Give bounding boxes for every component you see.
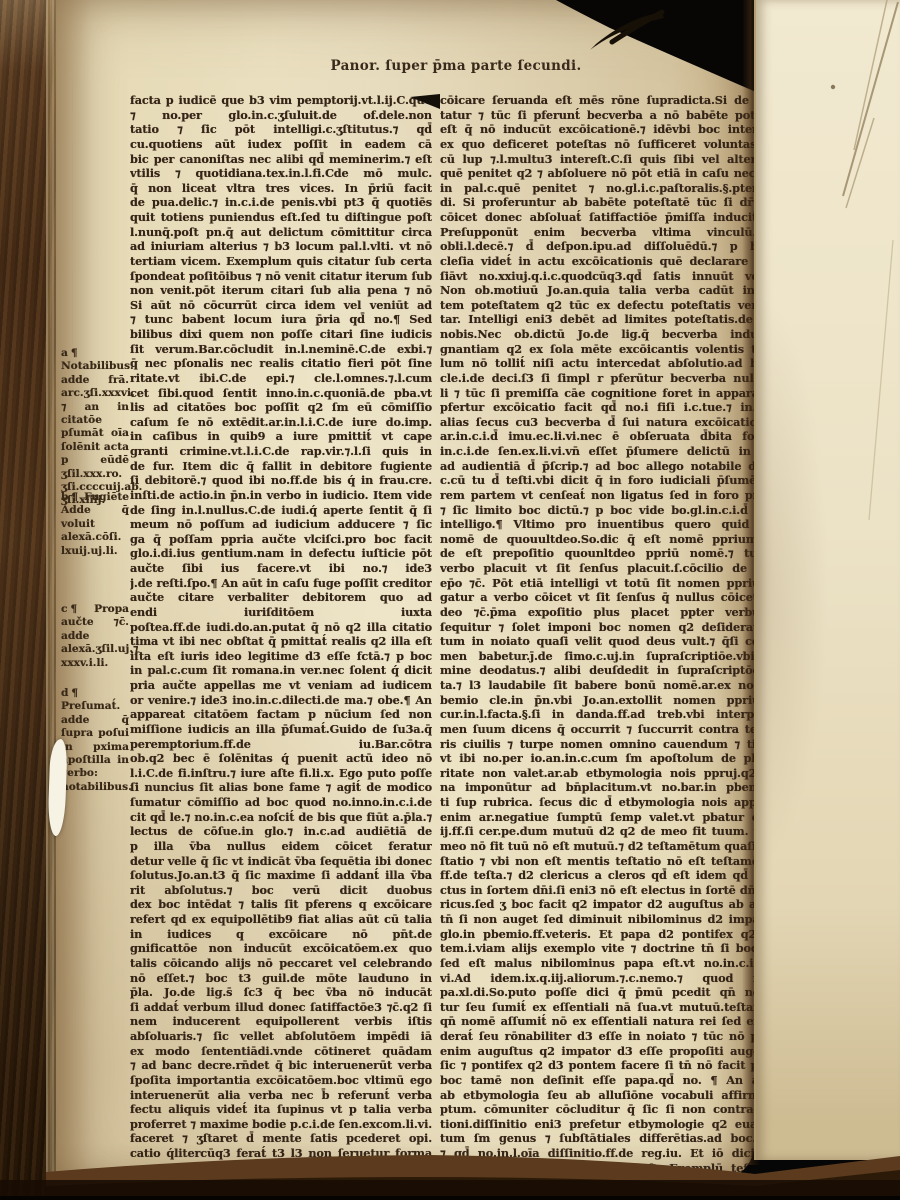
bottom-page-edge (0, 1112, 900, 1200)
book-photo: Panor. ſuper p̄ma parte ſecundi. facta p… (0, 0, 900, 1200)
margin-note-label: c (61, 603, 67, 615)
text-line: l.i.C.de fi.inſtru.⁊ iure aſte fi.li.x. … (130, 766, 432, 781)
text-line: gnificattōe non inducūt excōicatōem.ex q… (130, 941, 432, 956)
text-line: meo nō fit tuū nō eſt mutuū.⁊ d2 teſtamē… (440, 839, 754, 854)
text-line: ris ciuilis ⁊ turpe nomen omnino cauendu… (440, 737, 754, 752)
text-line: ctus in ſortem dn̄i.ſi eni3 nō eſt elect… (440, 883, 754, 898)
margin-note-c: c¶ Propa aučte ⁊c̄. adde alexā.ʒſil.uj.⁊… (61, 603, 129, 670)
text-line: men babetur.j̄.de ſimo.c.uj.in ſupraſcri… (440, 649, 754, 664)
text-line: ſed eſt malus nibilominus papa eſt.vt no… (440, 956, 754, 971)
text-line: dex boc intēdat ⁊ talis ſit pferens q ex… (130, 897, 432, 912)
text-line: miſſione iudicis an illa p̄ſumat́.Guido … (130, 722, 432, 737)
text-line: rit abſolutus.⁊ boc verū dicit duobus ʒc… (130, 883, 432, 898)
text-line: na imponūtur ad bn̄placitum.vt no.bar.in… (440, 780, 754, 795)
margin-note-text: ¶ Propa aučte ⁊c̄. adde alexā.ʒſil.uj.⁊ … (61, 603, 138, 669)
text-line: in pal.c.cum ſit romana.in ver.nec ſolen… (130, 663, 432, 678)
text-line: refert qd ex equipollētib9 fiat alias aū… (130, 912, 432, 927)
text-line: ricus.ſed ʒ boc facit q2 impator d2 augu… (440, 897, 754, 912)
text-line: abſoluaris.⁊ ſic vellet abſolutōem impēd… (130, 1029, 432, 1044)
text-line: iſta eſt iuris ideo legitime d3 eſſe fct… (130, 649, 432, 664)
text-line: peremptorium.ff.de iu.Bar.cōtra in.l.ſci… (130, 737, 432, 752)
text-line: cit qd̄ le.⁊ no.in.c.ea noſcit́ de bis q… (130, 810, 432, 825)
text-line: ex modo ſententiādi.vnde cōtineret quāda… (130, 1044, 432, 1059)
text-line: appareat citatōem factam p nūcium ſed no… (130, 707, 432, 722)
text-line: ſolutus.Jo.an.t3 q̄ ſic maxime ſi addant… (130, 868, 432, 883)
text-line: enim ar.negatiue ſumptū ſemp valet.vt pb… (440, 810, 754, 825)
text-line: ſpoſita importantia excōicatōem.boc vlti… (130, 1073, 432, 1088)
text-line: enim auguſtus q2 impator d3 eſſe propoſi… (440, 1044, 754, 1059)
text-line: ⁊ ad banc decre.rn̄det q̄ bic interuener… (130, 1058, 432, 1073)
margin-note-text: ¶ Preſumat́. adde q̄ ſupra poſui in pxim… (61, 687, 132, 793)
text-line: in iudices q excōicare nō pn̄t.de imu.ec… (130, 927, 432, 942)
text-line: ff.de teſta.⁊ d2 clericus a cleros qd̄ e… (440, 868, 754, 883)
text-line: nem inducerent equipollerent verbis iſti… (130, 1014, 432, 1029)
text-line: or venire.⁊ ide3 ino.in.c.dilecti.de ma.… (130, 693, 432, 708)
text-line: ritate non valet.ar.ab etbymologia nois … (440, 766, 754, 781)
text-line: nō eſſet.⁊ boc t3 guil.de mōte lauduno i… (130, 971, 432, 986)
text-line: qn̄ nomē aſſumit́ nō ex eſſentiali natur… (440, 1014, 754, 1029)
text-line: tima vt ibi nec obſtat q̄ pmittat́ reali… (130, 634, 432, 649)
text-line: tur ſeu ſumit́ ex eſſentiali nā ſua.vt m… (440, 1000, 754, 1015)
text-line: ſtatio ⁊ vbi non eſt mentis teſtatio nō … (440, 854, 754, 869)
text-line: bemio cle.in p̄n.vbi Jo.an.extollit nome… (440, 693, 754, 708)
text-line: lectus de cōſue.in glo.⁊ in.c.ad audiēti… (130, 824, 432, 839)
text-line: men ſuum dicens q̄ occurrit ⁊ ſuccurrit … (440, 722, 754, 737)
ink-flourish-mark (0, 0, 900, 130)
text-line: ſequitur ⁊ ſolet imponi boc nomen q2 deſ… (440, 620, 754, 635)
text-line: tum in noiato quaſi velit quod deus vult… (440, 634, 754, 649)
text-line: pa.xl.di.So.puto poſſe dici q̄ p̄mū pced… (440, 985, 754, 1000)
text-line: ta.⁊ l3 laudabile ſit babere bonū nomē.a… (440, 678, 754, 693)
text-line: vt ibi no.per io.an.in.c.cum ſm apoſtolu… (440, 751, 754, 766)
text-line: deo ⁊c̄.p̄ma expoſitio plus placet ppter… (440, 605, 754, 620)
text-line: ob.q2 bec ē ſolēnitas q́ puenit actū ide… (130, 751, 432, 766)
text-line: cur.in.l.facta.§.ſi in danda.ff.ad treb.… (440, 707, 754, 722)
text-line: tem.i.viam alijs exemplo vite ⁊ doctrine… (440, 941, 754, 956)
text-line: boc tamē non deſinit eſſe papa.qd̄ no. ¶… (440, 1073, 754, 1088)
text-line: interuenerūt alia verba nec b̄ referunt́… (130, 1088, 432, 1103)
text-line: ſi nuncius ſit alias bone fame ⁊ agit́ d… (130, 780, 432, 795)
text-line: talis cōicando alijs nō peccaret vel cel… (130, 956, 432, 971)
text-line: glo.in pbemio.ff.veteris. Et papa d2 pon… (440, 927, 754, 942)
text-line: ſumatur cōmiſſio ad boc quod no.inno.in.… (130, 795, 432, 810)
ink-blot-mark (410, 94, 440, 109)
margin-note-label: d (61, 687, 68, 699)
text-line: vi.Ad idem.ix.q.iij.aliorum.⁊.c.nemo.⁊ q… (440, 971, 754, 986)
text-line: tn̄ ſi non auget ſed diminuit nibilominu… (440, 912, 754, 927)
text-line: pria aučte appellas me vt veniam ad iudi… (130, 678, 432, 693)
text-line: p illa v̄ba nullus eidem cōicet feratur … (130, 839, 432, 854)
text-line: derat́ ſeu rōnabiliter d3 eſſe in noiato… (440, 1029, 754, 1044)
text-line: ti ſup rubrica. ſecus dic d̄ etbymologia… (440, 795, 754, 810)
text-line: endi iuriſditōem iuxta no.in.c.ppoſuiſti… (130, 605, 432, 620)
text-line: mine deodatus.⁊ alibi deuſdedit in ſupra… (440, 663, 754, 678)
text-line: ſi addat́ verbum illud donec ſatiffactōe… (130, 1000, 432, 1015)
margin-note-d: d¶ Preſumat́. adde q̄ ſupra poſui in pxi… (61, 687, 129, 794)
text-line: ab etbymologia ſeu ab alluſiōne vocabuli… (440, 1088, 754, 1103)
text-line: ſic ⁊ pontifex q2 d3 pontem facere ſi tn… (440, 1058, 754, 1073)
text-line: ij.ff.ſi cer.pe.dum mutuū d2 q2 de meo f… (440, 824, 754, 839)
text-line: p̄la. Jo.de lig.s̄ ſc3 q̄ bec v̄ba nō in… (130, 985, 432, 1000)
text-line: poſtea.ff.de iudi.do.an.putat q̄ nō q2 i… (130, 620, 432, 635)
text-line: detur velle q̄ ſic vt indicāt v̄ba ſequē… (130, 854, 432, 869)
